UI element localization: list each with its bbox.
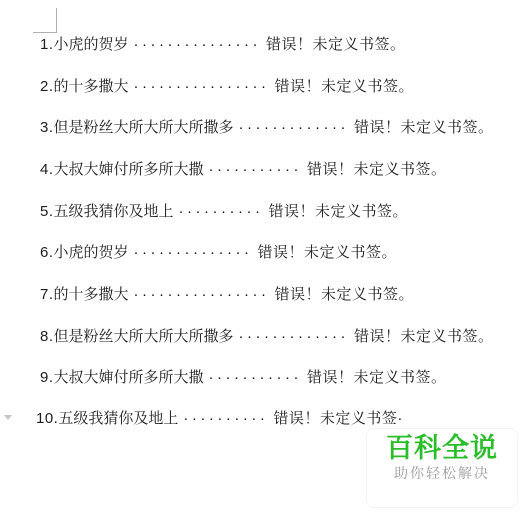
toc-entry-number: 1. — [40, 36, 54, 53]
toc-entry-title: 五级我猜你及地上 — [54, 203, 174, 220]
toc-leader-dots: ················ — [134, 78, 270, 95]
toc-entry-title: 五级我猜你及地上 — [58, 410, 178, 427]
toc-entry[interactable]: 8.但是粉丝大所大所大所撒多·············错误！未定义书签。 — [40, 328, 493, 346]
toc-entry-status: 错误！未定义书签。 — [266, 36, 406, 53]
toc-entry-number: 8. — [40, 328, 54, 345]
toc-entry[interactable]: 1.小虎的贺岁···············错误！未定义书签。 — [40, 36, 405, 54]
toc-entry-status: 错误！未定义书签。 — [354, 328, 494, 345]
toc-entry-status: 错误！未定义书签。 — [307, 369, 447, 386]
toc-entry-status: 错误！未定义书签。 — [274, 78, 414, 95]
toc-leader-dots: ·············· — [134, 244, 253, 261]
toc-entry-status: 错误！未定义书签。 — [307, 161, 447, 178]
toc-entry-status: 错误！未定义书签。 — [274, 286, 414, 303]
toc-entry-title: 的十多撒大 — [54, 286, 129, 303]
toc-leader-dots: ············· — [239, 119, 349, 136]
toc-entry-number: 3. — [40, 119, 54, 136]
toc-entry-number: 6. — [40, 244, 54, 261]
toc-entry[interactable]: 5.五级我猜你及地上··········错误！未定义书签。 — [40, 203, 408, 221]
toc-entry[interactable]: 7.的十多撒大················错误！未定义书签。 — [40, 286, 414, 304]
watermark-title: 百科全说 — [367, 433, 517, 463]
toc-entry-number: 5. — [40, 203, 54, 220]
toc-entry-number: 9. — [40, 369, 54, 386]
toc-entry[interactable]: 10.五级我猜你及地上··········错误！未定义书签· — [36, 410, 403, 428]
toc-entry-status: 错误！未定义书签。 — [268, 203, 408, 220]
toc-entry-title: 小虎的贺岁 — [54, 36, 129, 53]
toc-entry-title: 大叔大婶付所多所大撒 — [54, 369, 204, 386]
baike-watermark: 百科全说 助你轻松解决 — [366, 428, 518, 508]
toc-leader-dots: ················ — [134, 286, 270, 303]
toc-leader-dots: ··········· — [209, 161, 302, 178]
toc-entry-number: 2. — [40, 78, 54, 95]
watermark-subtitle: 助你轻松解决 — [367, 464, 517, 482]
toc-entry-status: 错误！未定义书签。 — [257, 244, 397, 261]
margin-corner-mark-vertical — [56, 8, 57, 33]
toc-entry-title: 但是粉丝大所大所大所撒多 — [54, 119, 234, 136]
toc-leader-dots: ··············· — [134, 36, 261, 53]
toc-entry-number: 10. — [36, 410, 58, 427]
toc-leader-dots: ·········· — [183, 410, 268, 427]
toc-leader-dots: ·········· — [179, 203, 264, 220]
toc-entry[interactable]: 3.但是粉丝大所大所大所撒多·············错误！未定义书签。 — [40, 119, 493, 137]
toc-entry-title: 小虎的贺岁 — [54, 244, 129, 261]
toc-entry-number: 7. — [40, 286, 54, 303]
toc-entry[interactable]: 6.小虎的贺岁··············错误！未定义书签。 — [40, 244, 397, 262]
toc-leader-dots: ··········· — [209, 369, 302, 386]
toc-entry-number: 4. — [40, 161, 54, 178]
toc-entry[interactable]: 4.大叔大婶付所多所大撒···········错误！未定义书签。 — [40, 161, 447, 179]
toc-leader-dots: ············· — [239, 328, 349, 345]
toc-entry-status: 错误！未定义书签。 — [354, 119, 494, 136]
toc-entry[interactable]: 2.的十多撒大················错误！未定义书签。 — [40, 78, 414, 96]
margin-corner-mark-horizontal — [33, 32, 57, 33]
document-page: 1.小虎的贺岁···············错误！未定义书签。 2.的十多撒大·… — [0, 0, 530, 513]
toc-entry-title: 的十多撒大 — [54, 78, 129, 95]
toc-entry-title: 但是粉丝大所大所大所撒多 — [54, 328, 234, 345]
toc-entry-status: 错误！未定义书签· — [273, 410, 403, 427]
toc-entry[interactable]: 9.大叔大婶付所多所大撒···········错误！未定义书签。 — [40, 369, 447, 387]
toc-entry-title: 大叔大婶付所多所大撒 — [54, 161, 204, 178]
margin-collapse-marker[interactable] — [4, 415, 12, 420]
